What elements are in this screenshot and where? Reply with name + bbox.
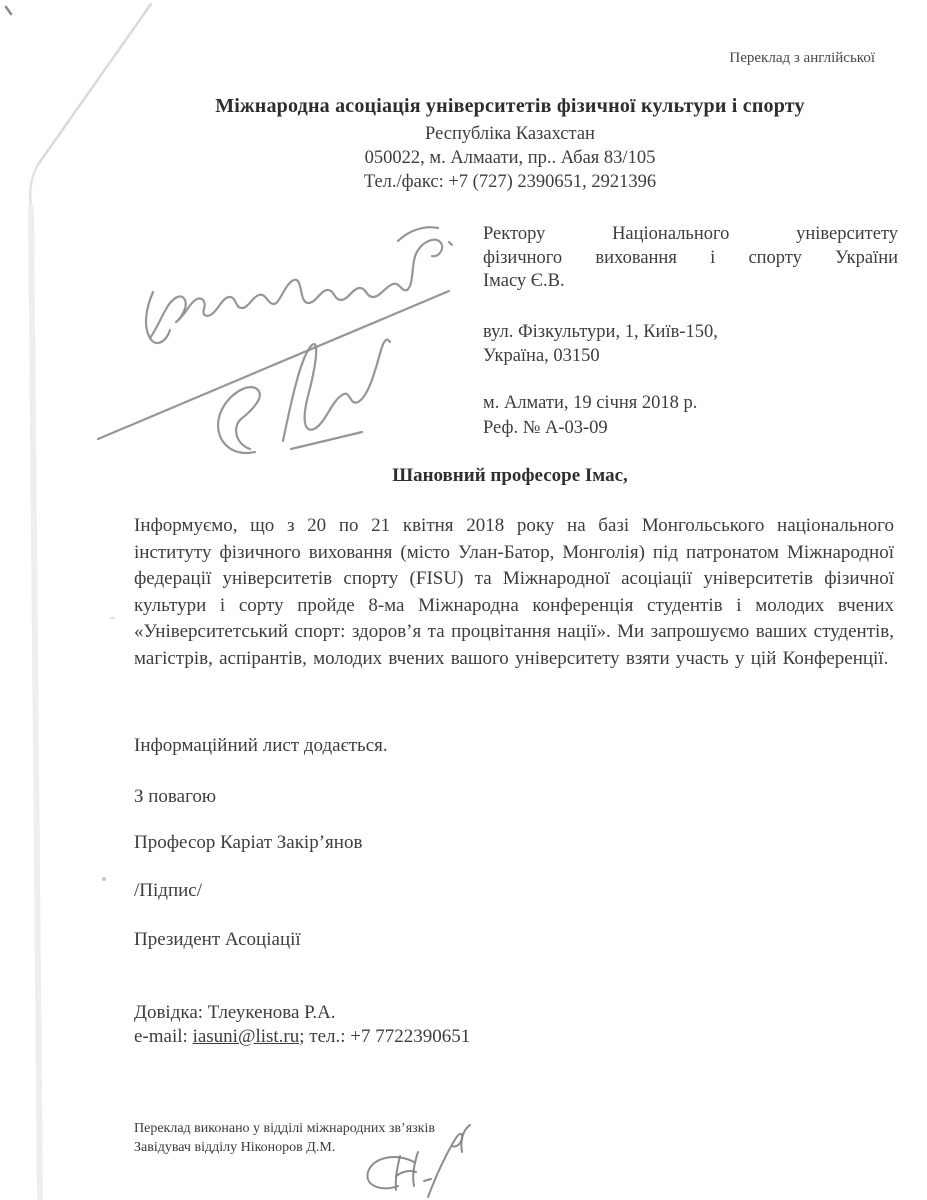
contact-block: Довідка: Тлеукенова Р.А. e-mail: iasuni@… (134, 1001, 470, 1049)
recipient-address: вул. Фізкультури, 1, Київ-150, Україна, … (483, 320, 898, 368)
page-corner-fold-line (37, 4, 151, 166)
letterhead-phone-fax: Тел./факс: +7 (727) 2390651, 2921396 (140, 170, 880, 194)
scan-speck-small (110, 617, 115, 619)
recipient-line: Ректору Національного університету (483, 223, 898, 247)
attachment-note: Інформаційний лист додається. (134, 735, 388, 757)
translation-footer-line: Завідувач відділу Ніконоров Д.М. (134, 1138, 554, 1157)
recipient-line: фізичного виховання і спорту України (483, 247, 898, 271)
closing-phrase: З повагою (134, 786, 216, 808)
contact-phone-suffix: ; тел.: +7 7722390651 (299, 1026, 470, 1047)
translation-note: Переклад з англійської (729, 50, 875, 67)
salutation: Шановний професоре Імас, (140, 465, 880, 487)
recipient-line: Імасу Є.В. (483, 270, 898, 294)
page-left-edge-shadow (31, 207, 40, 1200)
page-corner-fold-curve (30, 166, 37, 207)
diagonal-pen-stroke (98, 291, 449, 439)
reference-number-line: Реф. № А-03-09 (483, 416, 898, 441)
scan-corner-mark (6, 7, 11, 14)
contact-email-line: e-mail: iasuni@list.ru; тел.: +7 7722390… (134, 1025, 470, 1049)
recipient-address-line: Україна, 03150 (483, 344, 898, 368)
letterhead: Міжнародна асоціація університетів фізич… (140, 95, 880, 194)
translation-footer-line: Переклад виконано у відділі міжнародних … (134, 1119, 554, 1138)
scan-speck (102, 877, 106, 881)
translation-footer: Переклад виконано у відділі міжнародних … (134, 1119, 554, 1157)
signature-placeholder: /Підпис/ (134, 880, 202, 902)
letterhead-address: 050022, м. Алмаати, пр.. Абая 83/105 (140, 146, 880, 170)
organization-name: Міжнародна асоціація університетів фізич… (140, 95, 880, 118)
handwritten-word-scribble (146, 227, 452, 343)
recipient-address-line: вул. Фізкультури, 1, Київ-150, (483, 320, 898, 344)
letter-body-paragraph: Інформуємо, що з 20 по 21 квітня 2018 ро… (134, 513, 894, 673)
recipient-block: Ректору Національного університету фізич… (483, 223, 898, 294)
signature-scribble (218, 340, 390, 453)
email-label: e-mail: (134, 1026, 193, 1047)
signer-name: Професор Каріат Закір’янов (134, 832, 362, 854)
signer-title: Президент Асоціації (134, 929, 301, 951)
email-link[interactable]: iasuni@list.ru (193, 1026, 300, 1047)
letterhead-country: Республіка Казахстан (140, 122, 880, 146)
contact-reference-person: Довідка: Тлеукенова Р.А. (134, 1001, 470, 1025)
date-reference-block: м. Алмати, 19 січня 2018 р. Реф. № А-03-… (483, 391, 898, 441)
scanned-letter-page: Переклад з англійської Міжнародна асоціа… (0, 0, 927, 1200)
place-date-line: м. Алмати, 19 січня 2018 р. (483, 391, 898, 416)
